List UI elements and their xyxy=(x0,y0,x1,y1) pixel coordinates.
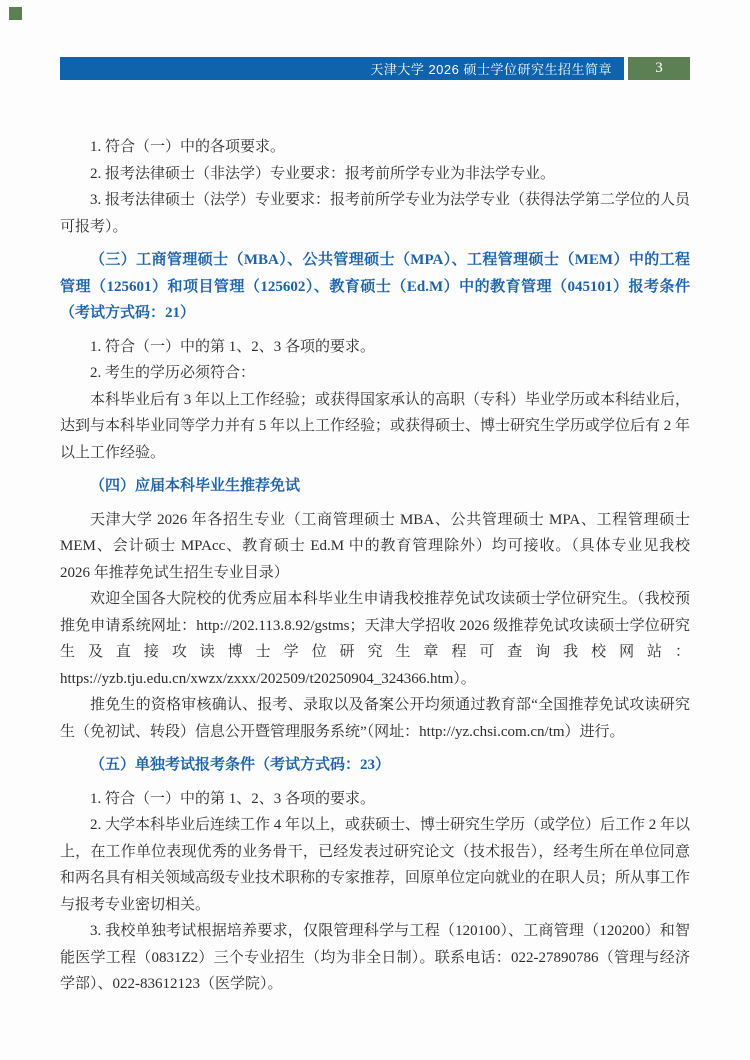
body-paragraph: 1. 符合（一）中的各项要求。 xyxy=(60,134,690,161)
header-bar: 天津大学 2026 硕士学位研究生招生简章 xyxy=(60,57,624,80)
corner-accent-mark xyxy=(9,7,22,20)
document-body: 1. 符合（一）中的各项要求。 2. 报考法律硕士（非法学）专业要求：报考前所学… xyxy=(60,134,690,998)
page-number: 3 xyxy=(655,60,663,77)
body-paragraph: 1. 符合（一）中的第 1、2、3 各项的要求。 xyxy=(60,334,690,361)
page-number-box: 3 xyxy=(628,57,690,80)
body-paragraph: 推免生的资格审核确认、报考、录取以及备案公开均须通过教育部“全国推荐免试攻读研究… xyxy=(60,692,690,745)
body-paragraph: 3. 我校单独考试根据培养要求，仅限管理科学与工程（120100）、工商管理（1… xyxy=(60,918,690,998)
heading-section-five: （五）单独考试报考条件（考试方式码：23） xyxy=(60,752,690,779)
body-paragraph: 2. 大学本科毕业后连续工作 4 年以上，或获硕士、博士研究生学历（或学位）后工… xyxy=(60,812,690,918)
body-paragraph: 1. 符合（一）中的第 1、2、3 各项的要求。 xyxy=(60,786,690,813)
body-paragraph: 3. 报考法律硕士（法学）专业要求：报考前所学专业为法学专业（获得法学第二学位的… xyxy=(60,187,690,240)
body-paragraph: 2. 考生的学历必须符合： xyxy=(60,360,690,387)
body-paragraph: 2. 报考法律硕士（非法学）专业要求：报考前所学专业为非法学专业。 xyxy=(60,161,690,188)
header-title: 天津大学 2026 硕士学位研究生招生简章 xyxy=(370,59,612,78)
body-paragraph: 欢迎全国各大院校的优秀应届本科毕业生申请我校推荐免试攻读硕士学位研究生。（我校预… xyxy=(60,586,690,692)
body-paragraph: 本科毕业后有 3 年以上工作经验；或获得国家承认的高职（专科）毕业学历或本科结业… xyxy=(60,387,690,467)
body-paragraph: 天津大学 2026 年各招生专业（工商管理硕士 MBA、公共管理硕士 MPA、工… xyxy=(60,507,690,587)
heading-section-four: （四）应届本科毕业生推荐免试 xyxy=(60,473,690,500)
heading-section-three: （三）工商管理硕士（MBA）、公共管理硕士（MPA）、工程管理硕士（MEM）中的… xyxy=(60,247,690,327)
document-page: 天津大学 2026 硕士学位研究生招生简章 3 1. 符合（一）中的各项要求。 … xyxy=(0,0,750,1060)
